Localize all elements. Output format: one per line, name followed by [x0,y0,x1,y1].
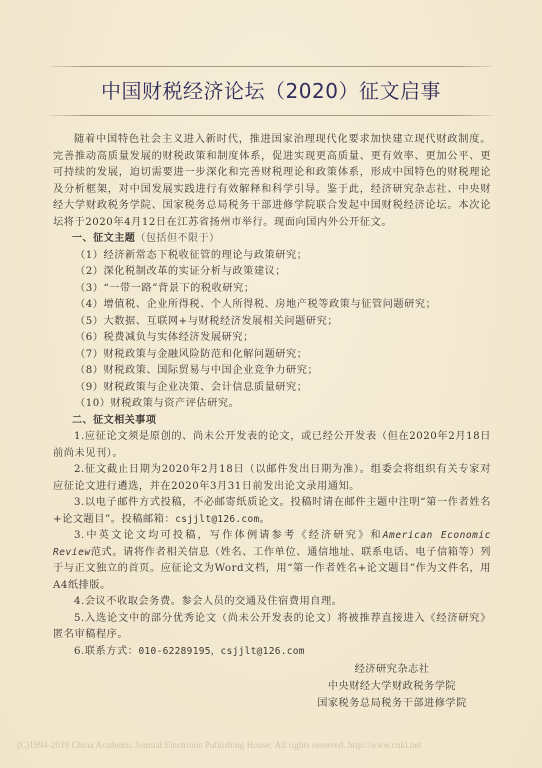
topic-item: （1）经济新常态下税收征管的理论与政策研究； [53,248,491,265]
topic-item: （5）大数据、互联网+与财税经济发展相关问题研究； [53,314,491,331]
section-subheading: （包括但不限于） [135,233,219,244]
topic-item: （3）“一带一路”背景下的税收研究； [53,281,491,298]
signature-block: 经济研究杂志社 中央财经大学财政税务学院 国家税务总局税务干部进修学院 [292,662,492,712]
signatory: 经济研究杂志社 [292,662,492,679]
section-heading-matters: 二、征文相关事项 [53,413,491,430]
copyright-watermark: (C)1994-2019 China Academic Journal Elec… [17,740,537,750]
matter-item-originality: 1.应征论文须是原创的、尚未公开发表的论文，或已经公开发表（但在2020年2月1… [53,429,491,462]
notice-body: 随着中国特色社会主义进入新时代，推进国家治理现代化要求加快建立现代财政制度。完善… [53,132,491,660]
intro-paragraph: 随着中国特色社会主义进入新时代，推进国家治理现代化要求加快建立现代财政制度。完善… [53,132,491,231]
topic-item: （4）增值税、企业所得税、个人所得税、房地产税等政策与征管问题研究； [53,297,491,314]
contact-label: 6.联系方式： [74,646,139,657]
section-heading-topics: 一、征文主题（包括但不限于） [53,231,491,248]
signatory: 中央财经大学财政税务学院 [292,679,492,696]
matter-item-deadline: 2.征文截止日期为2020年2月18日（以邮件发出日期为准）。组委会将组织有关专… [53,462,491,495]
section-heading-text: 一、征文主题 [72,233,135,244]
submission-text-end: 。 [260,514,271,525]
signatory: 国家税务总局税务干部进修学院 [292,696,492,713]
title-divider [50,115,492,116]
matter-item-submission: 3.以电子邮件方式投稿，不必邮寄纸质论文。投稿时请在邮件主题中注明“第一作者姓名… [53,495,491,528]
matter-item-fees: 4.会议不收取会务费。参会人员的交通及住宿费用自理。 [53,594,491,611]
topic-item: （10）财税政策与资产评估研究。 [53,396,491,413]
topic-item: （6）税费减负与实体经济发展研究； [53,330,491,347]
topic-item: （7）财税政策与金融风险防范和化解问题研究； [53,347,491,364]
format-text-end: 范式。请将作者相关信息（姓名、工作单位、通信地址、联系电话、电子信箱等）列于与正… [53,547,491,591]
contact-info: 010-62289195，csjjlt@126.com [139,646,305,657]
matter-item-recommendation: 5.入选论文中的部分优秀论文（尚未公开发表的论文）将被推荐直接进入《经济研究》匿… [53,611,491,644]
matter-item-contact: 6.联系方式：010-62289195，csjjlt@126.com [53,644,491,661]
submission-email-link[interactable]: csjjlt@126.com [175,514,259,525]
topic-item: （9）财税政策与企业决策、会计信息质量研究； [53,380,491,397]
submission-text: 3.以电子邮件方式投稿，不必邮寄纸质论文。投稿时请在邮件主题中注明“第一作者姓名… [53,497,491,525]
matter-item-format: 3.中英文论文均可投稿，写作体例请参考《经济研究》和American Econo… [53,528,491,594]
format-text: 3.中英文论文均可投稿，写作体例请参考《经济研究》和 [74,530,383,541]
topic-item: （2）深化税制改革的实证分析与政策建议； [53,264,491,281]
page-title: 中国财税经济论坛（2020）征文启事 [0,78,542,104]
topic-item: （8）财税政策、国际贸易与中国企业竞争力研究； [53,363,491,380]
top-divider [50,66,492,67]
